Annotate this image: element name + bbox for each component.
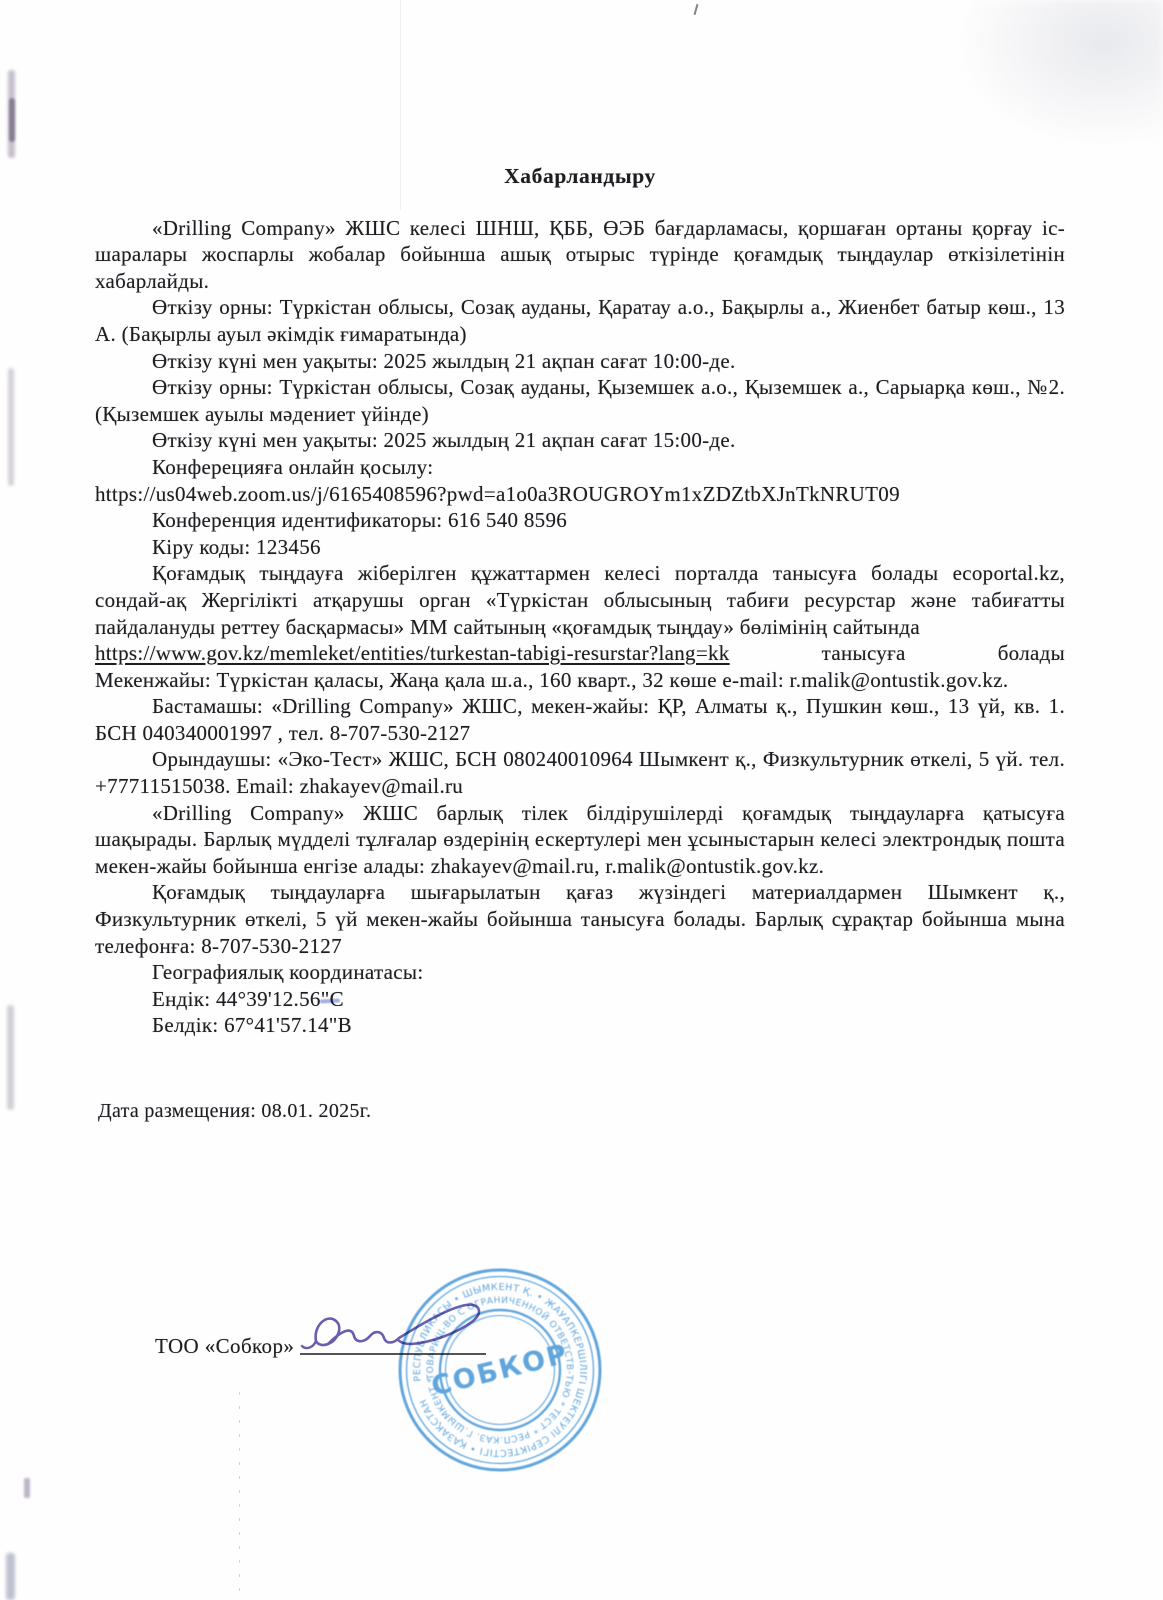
scan-artifact-edge-smudge — [6, 1553, 15, 1600]
paragraph-initiator: Бастамашы: «Drilling Company» ЖШС, мекен… — [95, 693, 1065, 746]
paragraph-access-code: Кіру коды: 123456 — [95, 534, 1065, 561]
paragraph-venue-2: Өткізу орны: Түркістан облысы, Созақ ауд… — [95, 374, 1065, 427]
paragraph-address: Мекенжайы: Түркістан қаласы, Жаңа қала ш… — [95, 667, 1065, 694]
scan-artifact-edge-smudge — [8, 368, 14, 486]
gov-portal-tail-word: болады — [998, 641, 1065, 665]
document-title: Хабарландыру — [95, 163, 1065, 190]
paragraph-conference-id: Конференция идентификаторы: 616 540 8596 — [95, 507, 1065, 534]
gov-portal-tail-word: танысуға — [822, 641, 906, 665]
longitude-value: Белдік: 67°41'57.14"В — [95, 1012, 1065, 1039]
scanned-document-page: Хабарландыру «Drilling Company» ЖШС келе… — [0, 0, 1163, 1600]
scan-artifact-edge-smudge — [7, 1005, 14, 1110]
zoom-meeting-url: https://us04web.zoom.us/j/6165408596?pwd… — [95, 481, 1065, 508]
paragraph-paper-materials: Қоғамдық тыңдауларға шығарылатын қағаз ж… — [95, 879, 1065, 959]
document-body: Хабарландыру «Drilling Company» ЖШС келе… — [95, 163, 1065, 1039]
scan-artifact-dotted-line — [239, 1392, 240, 1600]
paragraph-datetime-2: Өткізу күні мен уақыты: 2025 жылдың 21 а… — [95, 427, 1065, 454]
scan-artifact-tick — [694, 4, 699, 15]
paragraph-executor: Орындаушы: «Эко-Тест» ЖШС, БСН 080240010… — [95, 746, 1065, 799]
paragraph-datetime-1: Өткізу күні мен уақыты: 2025 жылдың 21 а… — [95, 348, 1065, 375]
scan-artifact-corner-wash — [953, 0, 1163, 150]
signer-company-label: ТОО «Собкор» — [155, 1334, 294, 1359]
paragraph-intro: «Drilling Company» ЖШС келесі ШНШ, ҚББ, … — [95, 215, 1065, 295]
paragraph-geo-heading: Географиялық координатасы: — [95, 959, 1065, 986]
scan-artifact-edge-smudge — [8, 70, 15, 158]
posting-date: Дата размещения: 08.01. 2025г. — [98, 1100, 371, 1123]
paragraph-venue-1: Өткізу орны: Түркістан облысы, Созақ ауд… — [95, 294, 1065, 347]
scan-artifact-edge-smudge — [24, 1478, 30, 1498]
gov-portal-line: https://www.gov.kz/memleket/entities/tur… — [95, 640, 1065, 667]
paragraph-portal-info: Қоғамдық тыңдауға жіберілген құжаттармен… — [95, 560, 1065, 640]
company-stamp: РЕСПУБЛИКАСЫ • ШЫМКЕНТ Қ. • ЖАУАПКЕРШІЛІ… — [392, 1262, 608, 1478]
paragraph-conference-join: Конферецияға онлайн қосылу: — [95, 454, 1065, 481]
latitude-value: Ендік: 44°39'12.56"С — [95, 986, 1065, 1013]
paragraph-invitation: «Drilling Company» ЖШС барлық тілек білд… — [95, 800, 1065, 880]
scan-artifact-edge-smudge — [9, 98, 15, 142]
gov-portal-url: https://www.gov.kz/memleket/entities/tur… — [95, 641, 730, 665]
